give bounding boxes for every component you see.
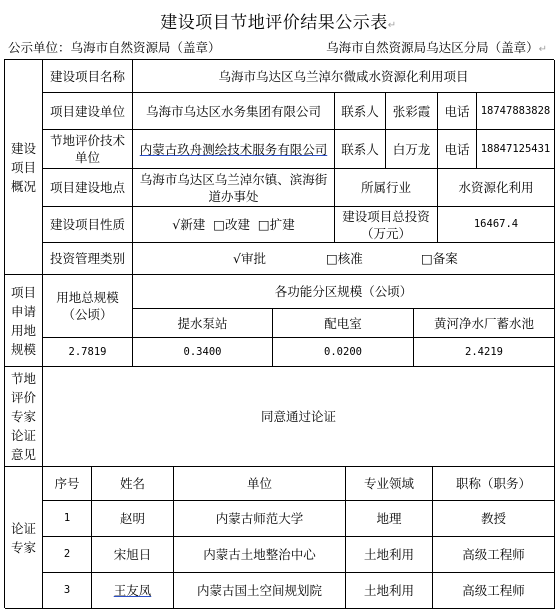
location-label: 项目建设地点: [43, 169, 133, 207]
expert-header-title: 职称（职务）: [433, 467, 555, 501]
tech-contact-label: 联系人: [335, 130, 386, 169]
tech-unit-value: 内蒙古玖舟测绘技术服务有限公司: [133, 130, 335, 169]
builder-phone-value: 18747883828: [477, 93, 555, 130]
tech-contact-value: 白万龙: [386, 130, 438, 169]
expert-row-2-field: 土地利用: [346, 537, 433, 573]
investment-value: 16467.4: [438, 207, 555, 243]
zone-value-1: 0.3400: [133, 338, 273, 367]
builder-phone-label: 电话: [438, 93, 477, 130]
builder-contact-label: 联系人: [335, 93, 386, 130]
expert-row-2-unit: 内蒙古土地整治中心: [174, 537, 346, 573]
builder-contact-value: 张彩霞: [386, 93, 438, 130]
expert-header-unit: 单位: [174, 467, 346, 501]
industry-value: 水资源化利用: [438, 169, 555, 207]
land-total-label: 用地总规模 （公顷）: [43, 275, 133, 338]
expert-header-name: 姓名: [92, 467, 174, 501]
expert-header-field: 专业领域: [346, 467, 433, 501]
expert-row-1-unit: 内蒙古师范大学: [174, 501, 346, 537]
zone-name-2: 配电室: [273, 309, 414, 338]
expert-row-1-title: 教授: [433, 501, 555, 537]
experts-section-label: 论证 专家: [5, 467, 43, 609]
overview-section-label: 建设 项目 概况: [5, 60, 43, 275]
expert-header-no: 序号: [43, 467, 92, 501]
zone-name-3: 黄河净水厂蓄水池: [414, 309, 555, 338]
expert-row-3-no: 3: [43, 573, 92, 609]
expert-row-3-field: 土地利用: [346, 573, 433, 609]
mgmt-option-approval: √审批: [233, 250, 266, 267]
publisher-right: 乌海市自然资源局乌达区分局（盖章）↵: [326, 38, 547, 56]
tech-unit-label: 节地评价技术 单位: [43, 130, 133, 169]
zone-value-3: 2.4219: [414, 338, 555, 367]
expert-row-3-title: 高级工程师: [433, 573, 555, 609]
zone-value-2: 0.0200: [273, 338, 414, 367]
expert-row-1-no: 1: [43, 501, 92, 537]
land-section-label: 项目 申请 用地 规模: [5, 275, 43, 367]
zone-name-1: 提水泵站: [133, 309, 273, 338]
land-total-value: 2.7819: [43, 338, 133, 367]
nature-options: √新建 □改建 □扩建: [133, 207, 335, 243]
tech-phone-label: 电话: [438, 130, 477, 169]
expert-row-3-unit: 内蒙古国土空间规划院: [174, 573, 346, 609]
mgmt-label: 投资管理类别: [43, 243, 133, 275]
mgmt-option-verify: □核准: [326, 250, 363, 267]
mgmt-option-record: □备案: [421, 250, 458, 267]
publisher-left: 公示单位：乌海市自然资源局（盖章）: [8, 38, 221, 56]
nature-label: 建设项目性质: [43, 207, 133, 243]
location-value: 乌海市乌达区乌兰淖尔镇、滨海街道办事处: [133, 169, 335, 207]
expert-row-2-name: 宋旭日: [92, 537, 174, 573]
builder-label: 项目建设单位: [43, 93, 133, 130]
investment-label: 建设项目总投资 （万元）: [335, 207, 438, 243]
expert-row-3-name: 王友凤: [92, 573, 174, 609]
builder-value: 乌海市乌达区水务集团有限公司: [133, 93, 335, 130]
industry-label: 所属行业: [335, 169, 438, 207]
opinion-section-label: 节地 评价 专家 论证 意见: [5, 367, 43, 467]
expert-row-2-no: 2: [43, 537, 92, 573]
page-title: 建设项目节地评价结果公示表↵: [0, 8, 557, 33]
expert-row-1-field: 地理: [346, 501, 433, 537]
land-zones-label: 各功能分区规模（公顷）: [133, 275, 555, 309]
project-name-label: 建设项目名称: [43, 60, 133, 93]
tech-phone-value: 18847125431: [477, 130, 555, 169]
result-table: 建设 项目 概况 建设项目名称 乌海市乌达区乌兰淖尔微咸水资源化利用项目 项目建…: [4, 59, 554, 608]
expert-row-1-name: 赵明: [92, 501, 174, 537]
project-name-value: 乌海市乌达区乌兰淖尔微咸水资源化利用项目: [133, 60, 555, 93]
opinion-text: 同意通过论证: [43, 367, 555, 467]
mgmt-options: √审批 □核准 □备案: [133, 243, 555, 275]
expert-row-2-title: 高级工程师: [433, 537, 555, 573]
